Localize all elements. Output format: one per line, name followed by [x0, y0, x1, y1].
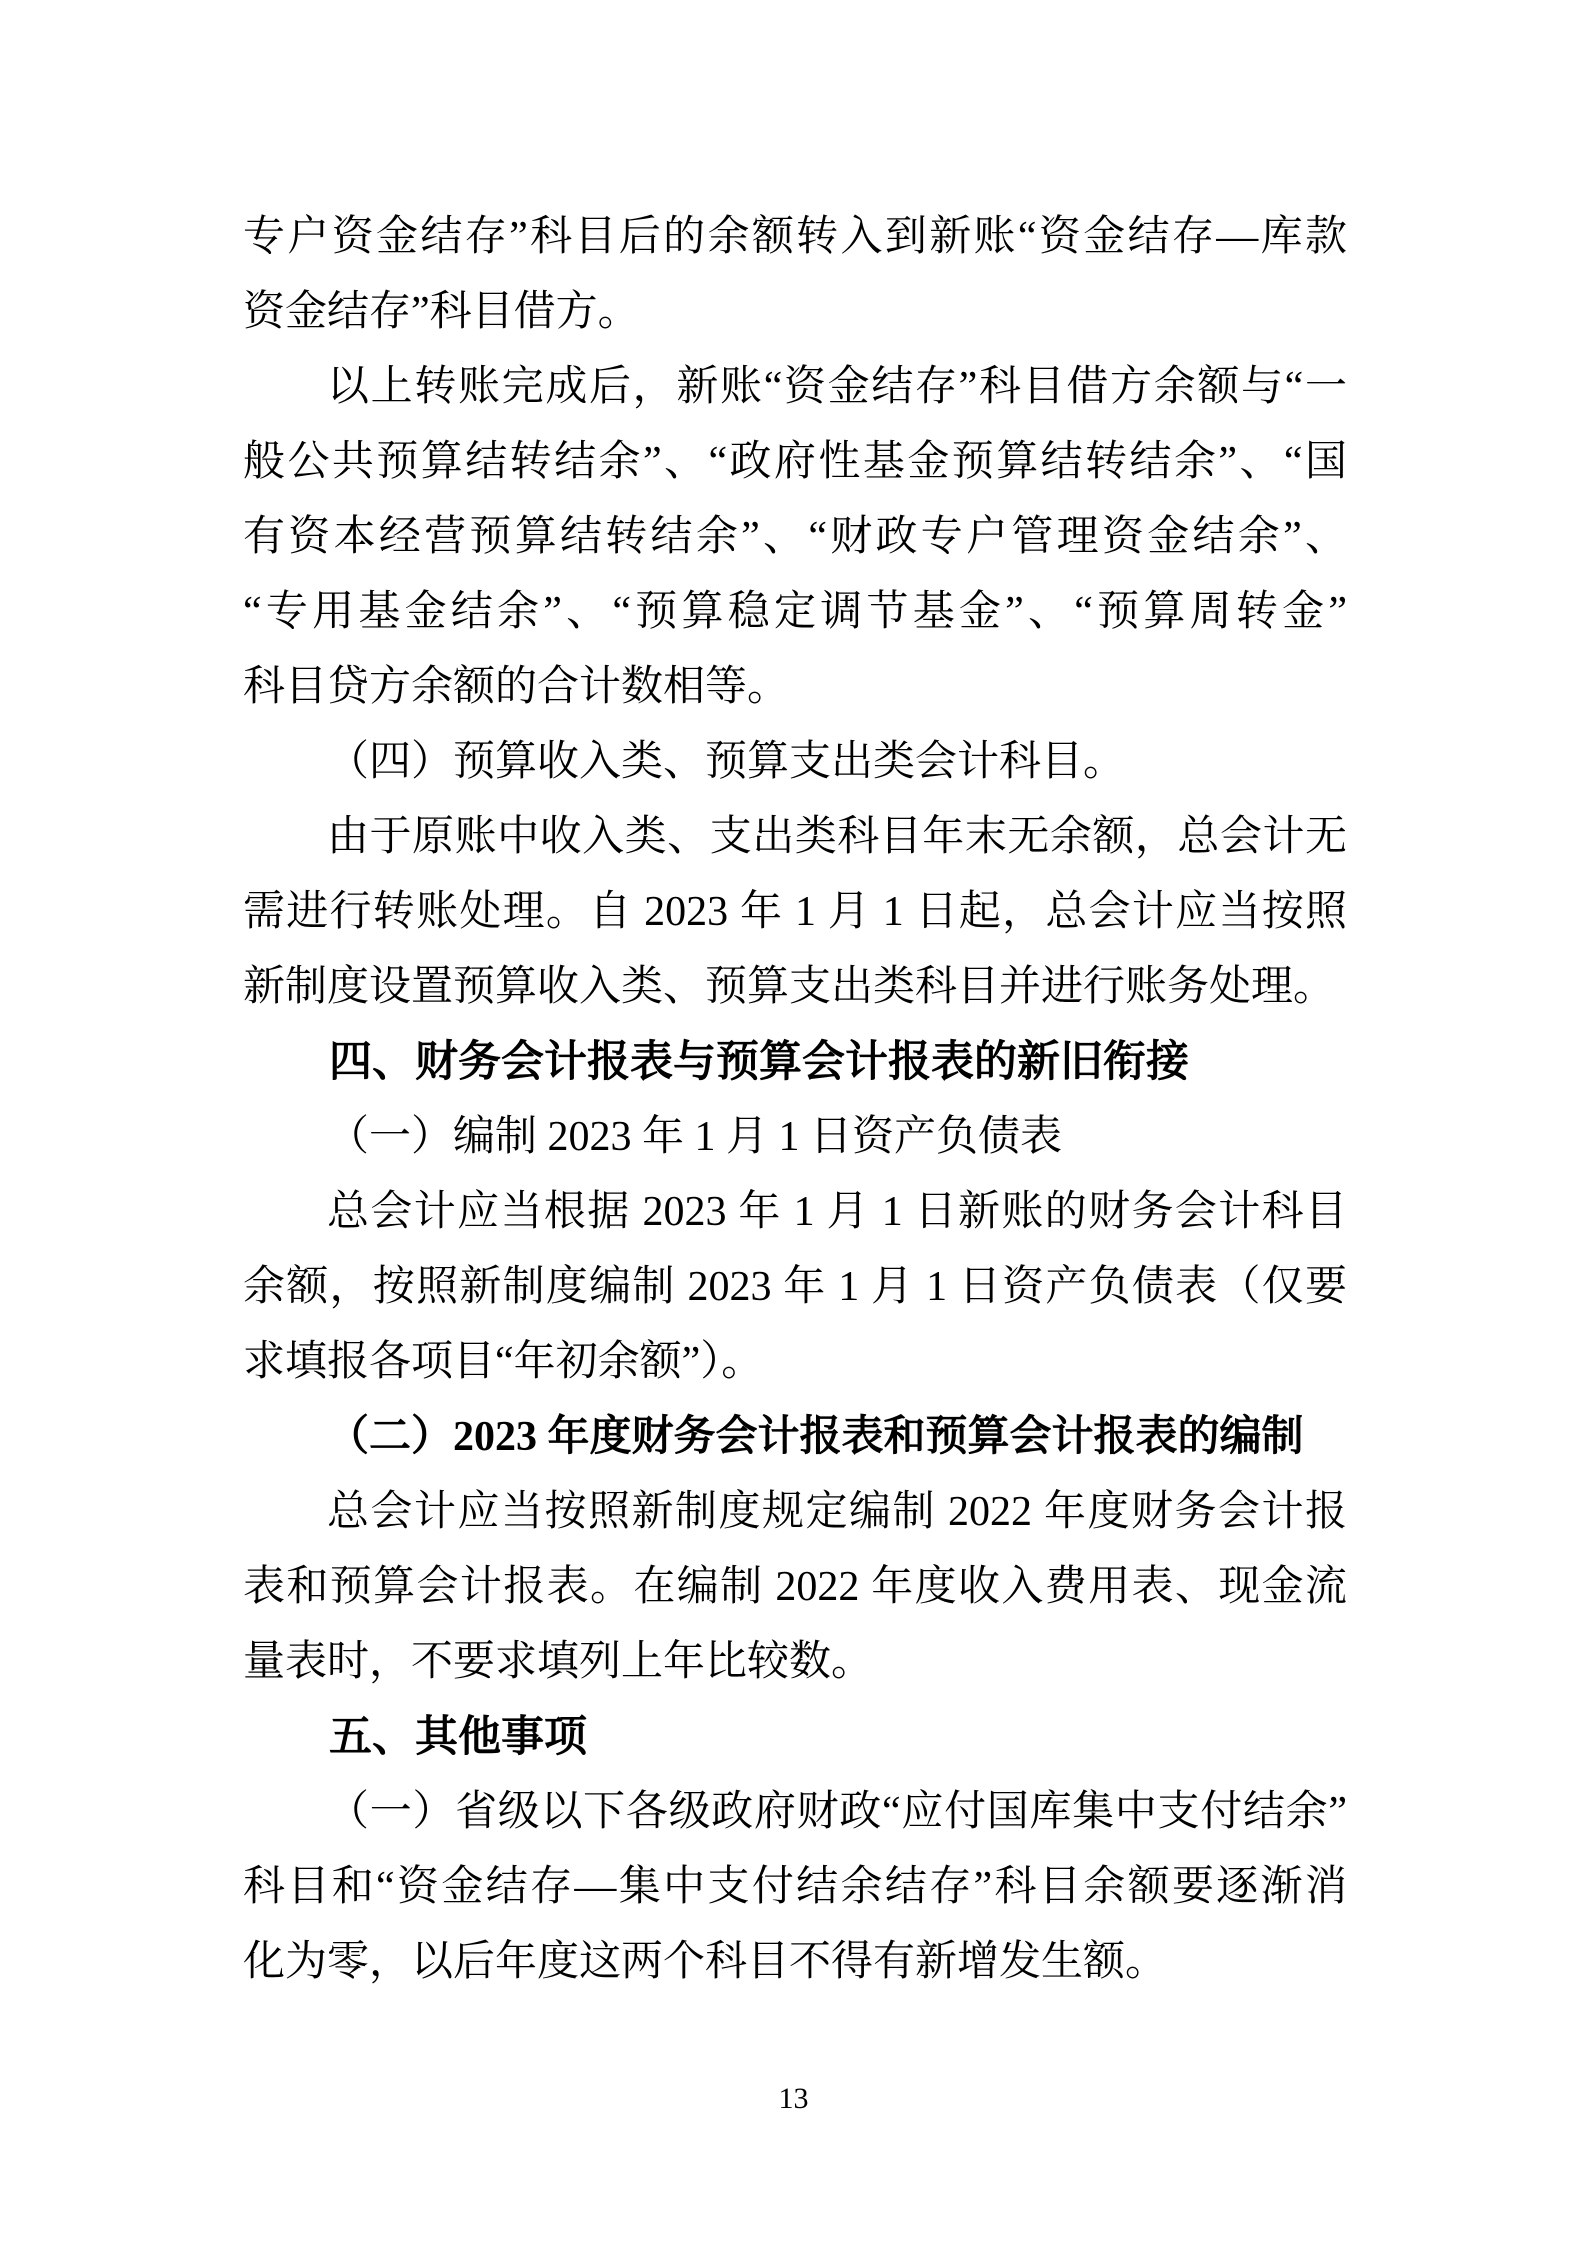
body-line: 由于原账中收入类、支出类科目年末无余额，总会计无 — [243, 800, 1347, 875]
body-line: 有资本经营预算结转结余”、“财政专户管理资金结余”、 — [243, 500, 1347, 575]
body-line: 般公共预算结转结余”、“政府性基金预算结转结余”、“国 — [243, 425, 1347, 500]
body-line: 求填报各项目“年初余额”）。 — [243, 1325, 1347, 1400]
body-line: 需进行转账处理。自 2023 年 1 月 1 日起，总会计应当按照 — [243, 875, 1347, 950]
body-line: 以上转账完成后，新账“资金结存”科目借方余额与“一 — [243, 350, 1347, 425]
body-line: 科目和“资金结存—集中支付结余结存”科目余额要逐渐消 — [243, 1850, 1347, 1925]
subheading-item-2: （二）2023 年度财务会计报表和预算会计报表的编制 — [243, 1400, 1347, 1475]
subheading-item-4: （四）预算收入类、预算支出类会计科目。 — [243, 725, 1347, 800]
body-line: 余额，按照新制度编制 2023 年 1 月 1 日资产负债表（仅要 — [243, 1250, 1347, 1325]
page-number: 13 — [0, 2079, 1587, 2119]
subheading-item-1: （一）编制 2023 年 1 月 1 日资产负债表 — [243, 1100, 1347, 1175]
body-line: 科目贷方余额的合计数相等。 — [243, 650, 1347, 725]
section-heading-4: 四、财务会计报表与预算会计报表的新旧衔接 — [243, 1025, 1347, 1100]
body-line: （一）省级以下各级政府财政“应付国库集中支付结余” — [243, 1775, 1347, 1850]
body-line: 总会计应当按照新制度规定编制 2022 年度财务会计报 — [243, 1475, 1347, 1550]
body-line: 表和预算会计报表。在编制 2022 年度收入费用表、现金流 — [243, 1550, 1347, 1625]
body-line: 专户资金结存”科目后的余额转入到新账“资金结存—库款 — [243, 200, 1347, 275]
section-heading-5: 五、其他事项 — [243, 1700, 1347, 1775]
body-line: 资金结存”科目借方。 — [243, 275, 1347, 350]
body-line: “专用基金结余”、“预算稳定调节基金”、“预算周转金” — [243, 575, 1347, 650]
body-line: 总会计应当根据 2023 年 1 月 1 日新账的财务会计科目 — [243, 1175, 1347, 1250]
text-block: 专户资金结存”科目后的余额转入到新账“资金结存—库款 资金结存”科目借方。 以上… — [243, 200, 1347, 2000]
body-line: 化为零，以后年度这两个科目不得有新增发生额。 — [243, 1925, 1347, 2000]
body-line: 新制度设置预算收入类、预算支出类科目并进行账务处理。 — [243, 950, 1347, 1025]
document-page: 专户资金结存”科目后的余额转入到新账“资金结存—库款 资金结存”科目借方。 以上… — [0, 0, 1587, 2245]
body-line: 量表时，不要求填列上年比较数。 — [243, 1625, 1347, 1700]
